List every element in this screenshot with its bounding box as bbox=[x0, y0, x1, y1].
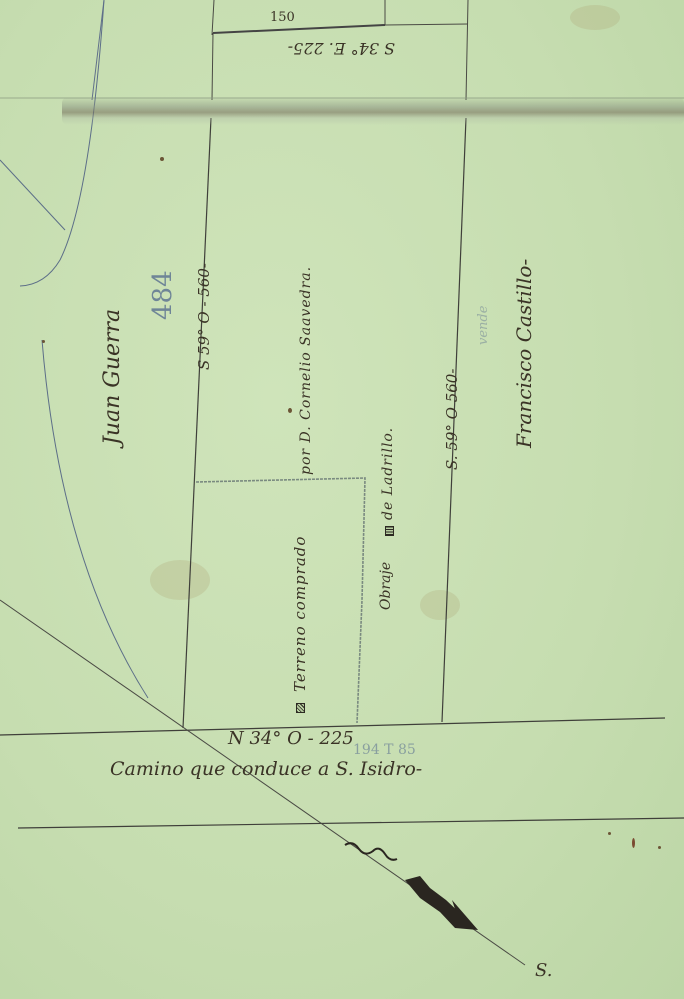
brickworks-label-ladrillo: de Ladrillo. bbox=[380, 427, 396, 520]
ink-speck bbox=[288, 408, 292, 413]
neighbor-east-label: Francisco Castillo- bbox=[512, 259, 536, 448]
top-measure-label: 150 bbox=[270, 10, 295, 25]
neighbor-west-label: Juan Guerra bbox=[100, 309, 125, 445]
west-boundary-bearing: S 59° O - 560- bbox=[195, 263, 213, 370]
north-arrow-label: S. bbox=[535, 960, 552, 981]
ink-speck bbox=[160, 157, 164, 161]
pencil-number-west: 484 bbox=[148, 270, 178, 320]
parcel-owner-label: por D. Cornelio Saavedra. bbox=[298, 266, 314, 475]
ink-speck bbox=[42, 340, 45, 343]
pencil-number-road: 194 T 85 bbox=[353, 742, 416, 758]
ink-speck bbox=[658, 846, 661, 849]
brickworks-label-obraje: Obraje bbox=[378, 562, 394, 610]
paper-fold-crease bbox=[62, 97, 684, 125]
north-arrow-icon bbox=[340, 840, 485, 935]
top-bearing-label: S 34° E. 225- bbox=[288, 39, 395, 58]
pencil-note-vende: vende bbox=[476, 306, 491, 345]
brickworks-symbol-icon bbox=[385, 526, 394, 536]
survey-map: 150 S 34° E. 225- Juan Guerra 484 S 59° … bbox=[0, 0, 684, 999]
land-symbol-icon bbox=[296, 703, 305, 713]
road-label: Camino que conduce a S. Isidro- bbox=[110, 758, 422, 780]
parcel-purchased-label: Terreno comprado bbox=[291, 536, 309, 692]
ink-speck bbox=[608, 832, 611, 835]
ink-speck bbox=[632, 838, 635, 848]
east-boundary-bearing: S. 59° O 560- bbox=[443, 369, 461, 470]
south-boundary-bearing: N 34° O - 225 bbox=[228, 728, 354, 749]
